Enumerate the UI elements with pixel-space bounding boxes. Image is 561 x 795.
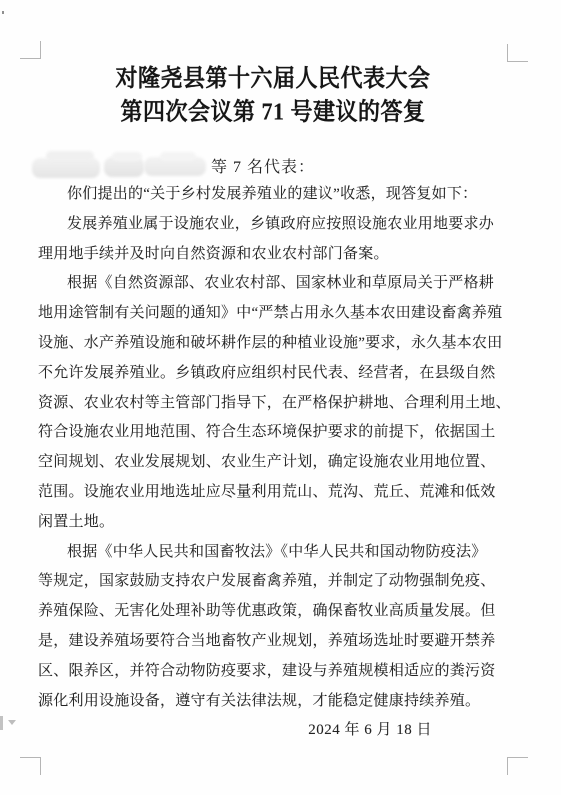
crop-mark-top-right	[507, 44, 528, 62]
body-line: 根据《中华人民共和国畜牧法》《中华人民共和国动物防疫法》	[38, 538, 510, 568]
body-line: 是，建设养殖场要符合当地畜牧产业规划，养殖场选址时要避开禁养	[38, 627, 510, 657]
crop-mark-bottom-right	[507, 757, 528, 775]
body-line: 你们提出的“关于乡村发展养殖业的建议”收悉，现答复如下：	[38, 180, 510, 210]
document-title-line2: 第四次会议第 71 号建议的答复	[38, 94, 508, 127]
redaction-blob	[46, 151, 94, 161]
document-title: 对隆尧县第十六届人民代表大会 第四次会议第 71 号建议的答复	[38, 61, 508, 128]
scan-triangle-artifact	[8, 720, 16, 725]
salutation-text: 等 7 名代表：	[211, 154, 315, 177]
body-line: 资源、农业农村等主管部门指导下，在严格保护耕地、合理利用土地、	[38, 389, 510, 419]
scan-edge-artifact	[0, 716, 3, 730]
crop-mark-top-left	[20, 41, 41, 59]
body-line: 区、限养区，并符合动物防疫要求，建设与养殖规模相适应的粪污资	[38, 657, 510, 687]
body-line: 养殖保险、无害化处理补助等优惠政策，确保畜牧业高质量发展。但	[38, 597, 510, 627]
body-line: 范围。设施农业用地选址应尽量利用荒山、荒沟、荒丘、荒滩和低效	[38, 478, 510, 508]
body-line: 符合设施农业用地范围、符合生态环境保护要求的前提下，依据国土	[38, 418, 510, 448]
body-line: 地用途管制有关问题的通知》中“严禁占用永久基本农田建设畜禽养殖	[38, 299, 510, 329]
scan-speck	[2, 11, 4, 14]
body-line: 源化利用设施设备，遵守有关法律法规，才能稳定健康持续养殖。	[38, 687, 510, 717]
crop-mark-bottom-left	[20, 757, 41, 775]
document-title-line1: 对隆尧县第十六届人民代表大会	[38, 61, 508, 94]
body-line: 闲置土地。	[38, 508, 510, 538]
body-line: 等规定，国家鼓励支持农户发展畜禽养殖，并制定了动物强制免疫、	[38, 567, 510, 597]
redaction-blob	[160, 152, 196, 161]
body-line: 根据《自然资源部、农业农村部、国家林业和草原局关于严格耕	[38, 269, 510, 299]
document-page: 对隆尧县第十六届人民代表大会 第四次会议第 71 号建议的答复 等 7 名代表：…	[0, 0, 561, 795]
body-line: 设施、水产养殖设施和破坏耕作层的种植业设施”要求，永久基本农田	[38, 329, 510, 359]
body-line: 不允许发展养殖业。乡镇政府应组织村民代表、经营者，在县级自然	[38, 359, 510, 389]
body-line: 理用地手续并及时向自然资源和农业农村部门备案。	[38, 240, 510, 270]
document-body: 你们提出的“关于乡村发展养殖业的建议”收悉，现答复如下： 发展养殖业属于设施农业…	[38, 180, 510, 746]
redaction-blob	[112, 152, 142, 161]
redacted-names	[32, 150, 208, 182]
body-line: 发展养殖业属于设施农业，乡镇政府应按照设施农业用地要求办	[38, 210, 510, 240]
redaction-blob	[32, 158, 100, 178]
document-date: 2024 年 6 月 18 日	[38, 716, 510, 746]
body-line: 空间规划、农业发展规划、农业生产计划，确定设施农业用地位置、	[38, 448, 510, 478]
salutation-row: 等 7 名代表：	[38, 150, 508, 182]
